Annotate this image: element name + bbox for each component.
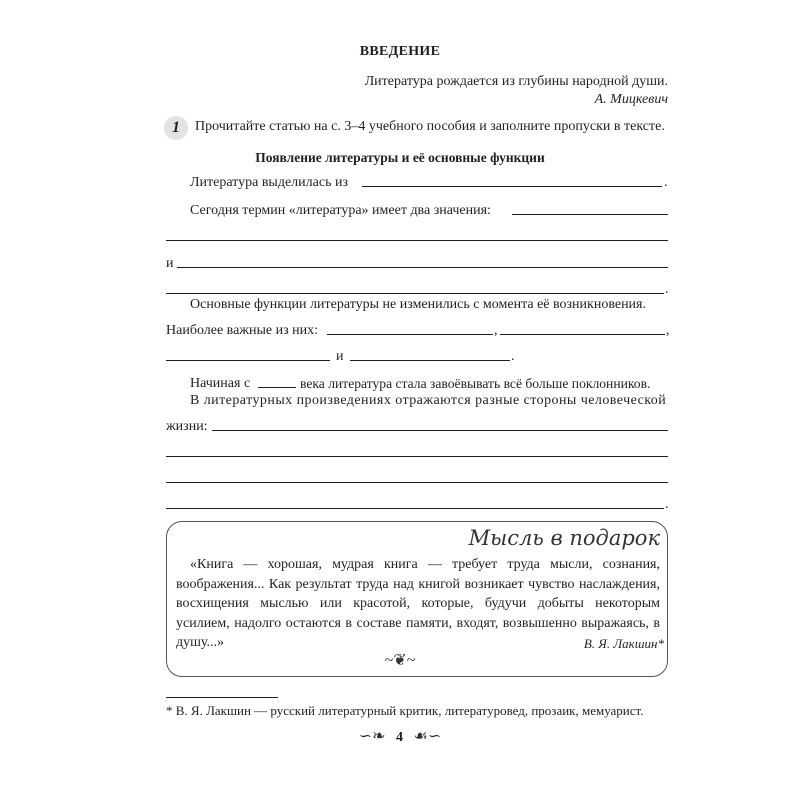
punct-period: . bbox=[511, 349, 515, 365]
fill-blank-life-3[interactable] bbox=[166, 482, 668, 483]
fill-blank-life-4[interactable] bbox=[166, 508, 664, 509]
fill-blank-origin[interactable] bbox=[362, 186, 662, 187]
epigraph-author: А. Мицкевич bbox=[595, 92, 668, 108]
punct-period: . bbox=[664, 175, 668, 191]
footnote-text: * В. Я. Лакшин — русский литературный кр… bbox=[166, 703, 643, 719]
punct-comma: , bbox=[494, 323, 498, 339]
punct-comma: , bbox=[666, 323, 670, 339]
fill-blank-meaning-2b[interactable] bbox=[166, 293, 664, 294]
fill-blank-function-2[interactable] bbox=[500, 334, 665, 335]
epigraph-text: Литература рождается из глубины народной… bbox=[365, 74, 668, 90]
fill-blank-meaning-1b[interactable] bbox=[166, 240, 668, 241]
text-line-2: Сегодня термин «литература» имеет два зн… bbox=[190, 203, 491, 219]
task-instruction: Прочитайте статью на с. 3–4 учебного пос… bbox=[195, 119, 665, 135]
gift-box-title: Мысль в подарок bbox=[469, 526, 660, 550]
flourish-ornament-icon: ~❦~ bbox=[0, 650, 800, 670]
fill-blank-meaning-1a[interactable] bbox=[512, 214, 668, 215]
section-title: Появление литературы и её основные функц… bbox=[0, 150, 800, 166]
fill-blank-function-4[interactable] bbox=[350, 360, 510, 361]
chapter-heading: ВВЕДЕНИЕ bbox=[0, 44, 800, 60]
text-line-6-start: Начиная с bbox=[190, 376, 250, 392]
text-and: и bbox=[166, 256, 174, 272]
task-number-badge: 1 bbox=[164, 116, 188, 140]
page-number: 4 bbox=[396, 730, 403, 745]
fill-blank-life-2[interactable] bbox=[166, 456, 668, 457]
fill-blank-century[interactable] bbox=[258, 387, 296, 388]
page-footer: ∽❧ 4 ☙∽ bbox=[0, 726, 800, 746]
fill-blank-function-1[interactable] bbox=[327, 334, 493, 335]
text-line-8: жизни: bbox=[166, 419, 208, 435]
text-line-4: Наиболее важные из них: bbox=[166, 323, 318, 339]
text-and: и bbox=[336, 349, 344, 365]
punct-period: . bbox=[665, 497, 669, 513]
text-line-7: В литературных произведениях отражаются … bbox=[190, 393, 666, 409]
fill-blank-life-1[interactable] bbox=[212, 430, 668, 431]
fill-blank-meaning-2a[interactable] bbox=[177, 267, 668, 268]
punct-period: . bbox=[665, 282, 669, 298]
text-line-6-end: века литература стала завоёвывать всё бо… bbox=[300, 376, 650, 392]
footnote-rule bbox=[166, 697, 278, 698]
fill-blank-function-3[interactable] bbox=[166, 360, 330, 361]
text-line-1: Литература выделилась из bbox=[190, 175, 348, 191]
left-swirl-icon: ∽❧ bbox=[359, 728, 386, 745]
right-swirl-icon: ☙∽ bbox=[414, 728, 442, 745]
text-line-3: Основные функции литературы не изменилис… bbox=[190, 297, 646, 313]
